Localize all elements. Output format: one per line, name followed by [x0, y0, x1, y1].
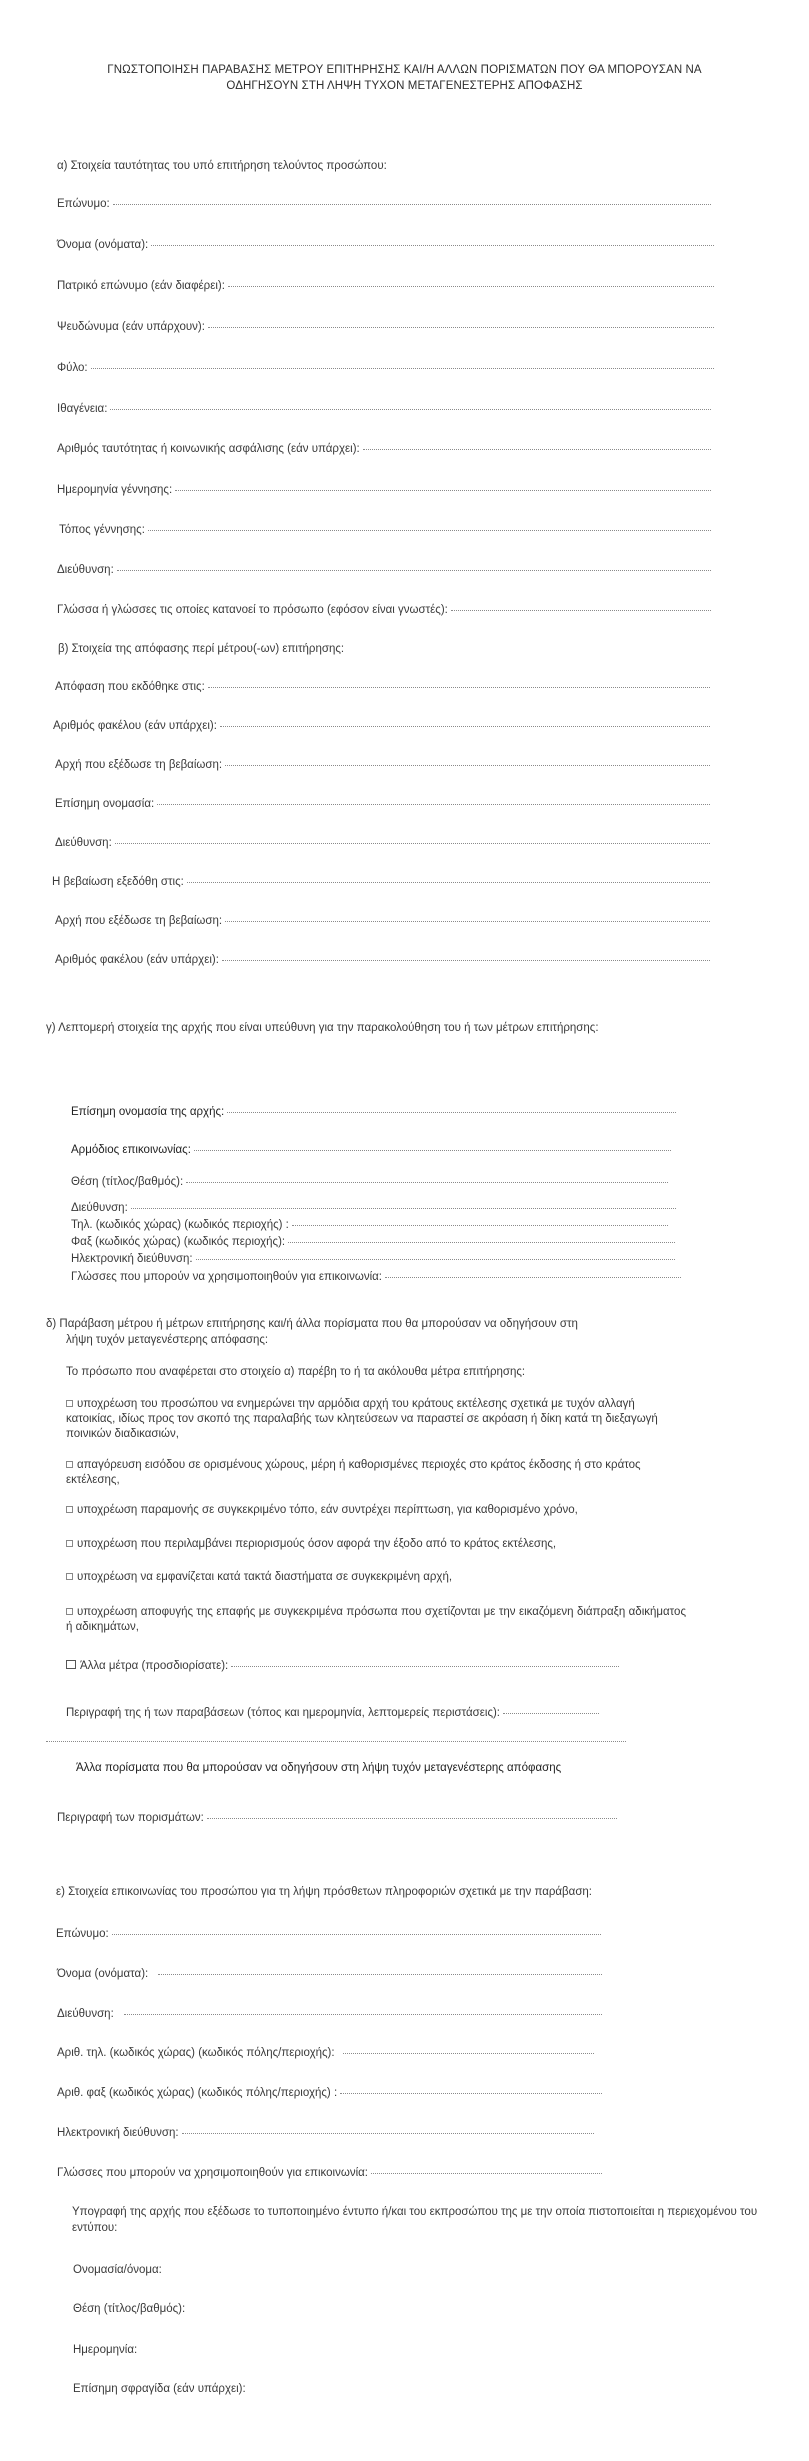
field-official-name[interactable]: Επίσημη ονομασία: [55, 798, 710, 810]
field-violations-description[interactable]: Περιγραφή της ή των παραβάσεων (τόπος κα… [66, 1707, 599, 1719]
field-label: Γλώσσες που μπορούν να χρησιμοποιηθούν γ… [57, 2167, 368, 2179]
fill-line [158, 1973, 602, 1975]
section-d-heading-line-2: λήψη τυχόν μεταγενέστερης απόφασης: [66, 1334, 268, 1346]
fill-line [182, 2132, 594, 2134]
fill-line [117, 569, 711, 571]
field-label: Φαξ (κωδικός χώρας) (κωδικός περιοχής): [71, 1236, 285, 1248]
field-label: Τόπος γέννησης: [59, 524, 145, 536]
field-label: Αριθμός φακέλου (εάν υπάρχει): [53, 720, 217, 732]
field-authority-address[interactable]: Διεύθυνση: [55, 837, 710, 849]
fill-line [148, 529, 711, 531]
measure-option-change-residence[interactable]: υποχρέωση του προσώπου να ενημερώνει την… [66, 1397, 686, 1442]
fill-line [157, 803, 710, 805]
measure-option-stay-place[interactable]: υποχρέωση παραμονής σε συγκεκριμένο τόπο… [66, 1503, 706, 1518]
section-c-heading: γ) Λεπτομερή στοιχεία της αρχής που είνα… [46, 1018, 686, 1039]
field-label: Φύλο: [57, 362, 88, 374]
measure-option-avoid-contact[interactable]: υποχρέωση αποφυγής της επαφής με συγκεκρ… [66, 1605, 686, 1635]
field-surname[interactable]: Επώνυμο: [57, 198, 711, 210]
field-position[interactable]: Θέση (τίτλος/βαθμός): [71, 1176, 668, 1188]
field-e-phone[interactable]: Αριθ. τηλ. (κωδικός χώρας) (κωδικός πόλη… [57, 2047, 594, 2059]
section-a-heading: α) Στοιχεία ταυτότητας του υπό επιτήρηση… [57, 160, 387, 172]
signature-position-label: Θέση (τίτλος/βαθμός): [73, 2303, 185, 2315]
measure-option-exit-restriction[interactable]: υποχρέωση που περιλαμβάνει περιορισμούς … [66, 1537, 706, 1552]
title-line-1: ΓΝΩΣΤΟΠΟΙΗΣΗ ΠΑΡΑΒΑΣΗΣ ΜΕΤΡΟΥ ΕΠΙΤΗΡΗΣΗΣ… [0, 62, 809, 78]
field-label: Πατρικό επώνυμο (εάν διαφέρει): [57, 280, 225, 292]
fill-line [225, 920, 710, 922]
fill-line[interactable] [46, 1740, 626, 1742]
field-nationality[interactable]: Ιθαγένεια: [57, 403, 711, 415]
field-birth-date[interactable]: Ημερομηνία γέννησης: [57, 484, 711, 496]
field-label: Αρχή που εξέδωσε τη βεβαίωση: [55, 915, 222, 927]
fill-line [186, 1181, 668, 1183]
field-decision-date[interactable]: Απόφαση που εκδόθηκε στις: [55, 681, 710, 693]
field-label: Ημερομηνία γέννησης: [57, 484, 172, 496]
fill-line [187, 881, 710, 883]
field-label: Επώνυμο: [57, 198, 110, 210]
field-label: Επίσημη ονομασία της αρχής: [71, 1106, 224, 1118]
measure-text: υποχρέωση να εμφανίζεται κατά τακτά διασ… [77, 1571, 452, 1583]
fill-line [222, 959, 710, 961]
signature-statement: Υπογραφή της αρχής που εξέδωσε το τυποπο… [72, 2204, 772, 2236]
field-label: Διεύθυνση: [71, 1202, 128, 1214]
signature-name-label: Ονομασία/όνομα: [73, 2264, 162, 2276]
fill-line [131, 1207, 676, 1209]
fill-line [371, 2172, 602, 2174]
fill-line [228, 285, 714, 287]
field-label: Περιγραφή των πορισμάτων: [57, 1812, 204, 1824]
field-file-number[interactable]: Αριθμός φακέλου (εάν υπάρχει): [53, 720, 710, 732]
fill-line [194, 1149, 671, 1151]
fill-line [110, 408, 711, 410]
fill-line [363, 448, 711, 450]
field-label: Αριθμός ταυτότητας ή κοινωνικής ασφάλιση… [57, 443, 360, 455]
fill-line [207, 1817, 617, 1819]
field-languages[interactable]: Γλώσσα ή γλώσσες τις οποίες κατανοεί το … [57, 604, 711, 616]
fill-line [292, 1224, 668, 1226]
document-title: ΓΝΩΣΤΟΠΟΙΗΣΗ ΠΑΡΑΒΑΣΗΣ ΜΕΤΡΟΥ ΕΠΙΤΗΡΗΣΗΣ… [0, 62, 809, 94]
field-label: Ηλεκτρονική διεύθυνση: [57, 2127, 179, 2139]
measure-text: υποχρέωση αποφυγής της επαφής με συγκεκρ… [66, 1606, 686, 1633]
measure-option-entry-ban[interactable]: απαγόρευση εισόδου σε ορισμένους χώρους,… [66, 1458, 686, 1488]
field-id-number[interactable]: Αριθμός ταυτότητας ή κοινωνικής ασφάλιση… [57, 443, 711, 455]
fill-line [124, 2013, 602, 2015]
field-label: Αρμόδιος επικοινωνίας: [71, 1144, 191, 1156]
fill-line [112, 1933, 601, 1935]
field-e-email[interactable]: Ηλεκτρονική διεύθυνση: [57, 2127, 594, 2139]
checkbox-icon[interactable] [66, 1573, 73, 1580]
field-label: Αριθ. φαξ (κωδικός χώρας) (κωδικός πόλης… [57, 2087, 337, 2099]
fill-line [340, 2092, 602, 2094]
measure-text: υποχρέωση του προσώπου να ενημερώνει την… [66, 1398, 658, 1440]
field-label: Τηλ. (κωδικός χώρας) (κωδικός περιοχής) … [71, 1219, 289, 1231]
fill-line [385, 1276, 681, 1278]
field-e-languages[interactable]: Γλώσσες που μπορούν να χρησιμοποιηθούν γ… [57, 2167, 602, 2179]
field-label: Ηλεκτρονική διεύθυνση: [71, 1253, 193, 1265]
field-label: Ψευδώνυμα (εάν υπάρχουν): [57, 321, 205, 333]
field-other-measures[interactable]: Άλλα μέτρα (προσδιορίσατε): [66, 1660, 619, 1672]
field-certificate-authority[interactable]: Αρχή που εξέδωσε τη βεβαίωση: [55, 915, 710, 927]
field-c-fax[interactable]: Φαξ (κωδικός χώρας) (κωδικός περιοχής): [71, 1236, 675, 1248]
field-label: Περιγραφή της ή των παραβάσεων (τόπος κα… [66, 1707, 500, 1719]
field-label: Απόφαση που εκδόθηκε στις: [55, 681, 205, 693]
section-e-heading: ε) Στοιχεία επικοινωνίας του προσώπου γι… [56, 1886, 592, 1898]
field-label: Άλλα μέτρα (προσδιορίσατε): [80, 1660, 228, 1672]
field-c-email[interactable]: Ηλεκτρονική διεύθυνση: [71, 1253, 675, 1265]
fill-line [343, 2052, 594, 2054]
fill-line [231, 1665, 619, 1667]
section-d-heading-line-1: δ) Παράβαση μέτρου ή μέτρων επιτήρησης κ… [46, 1318, 578, 1330]
field-label: Όνομα (ονόματα): [57, 1968, 148, 1980]
field-first-names[interactable]: Όνομα (ονόματα): [57, 239, 714, 251]
fill-line [503, 1712, 599, 1714]
section-b-heading: β) Στοιχεία της απόφασης περί μέτρου(-ων… [58, 643, 344, 655]
fill-line [208, 326, 714, 328]
checkbox-icon[interactable] [66, 1660, 76, 1669]
field-address[interactable]: Διεύθυνση: [57, 564, 711, 576]
field-label: Η βεβαίωση εξεδόθη στις: [52, 876, 184, 888]
field-issuing-authority[interactable]: Αρχή που εξέδωσε τη βεβαίωση: [55, 759, 710, 771]
measure-option-report-authority[interactable]: υποχρέωση να εμφανίζεται κατά τακτά διασ… [66, 1570, 706, 1585]
measures-intro: Το πρόσωπο που αναφέρεται στο στοιχείο α… [66, 1366, 525, 1378]
field-label: Διεύθυνση: [57, 2008, 114, 2020]
field-e-fax[interactable]: Αριθ. φαξ (κωδικός χώρας) (κωδικός πόλης… [57, 2087, 602, 2099]
fill-line [175, 489, 711, 491]
field-label: Διεύθυνση: [57, 564, 114, 576]
fill-line [220, 725, 710, 727]
field-label: Θέση (τίτλος/βαθμός): [71, 1176, 183, 1188]
checkbox-icon[interactable] [66, 1461, 73, 1468]
field-label: Αρχή που εξέδωσε τη βεβαίωση: [55, 759, 222, 771]
fill-line [151, 244, 714, 246]
signature-seal-label: Επίσημη σφραγίδα (εάν υπάρχει): [73, 2383, 246, 2395]
field-c-languages[interactable]: Γλώσσες που μπορούν να χρησιμοποιηθούν γ… [71, 1271, 681, 1283]
fill-line [227, 1111, 676, 1113]
signature-date-label: Ημερομηνία: [73, 2344, 137, 2356]
field-certificate-date[interactable]: Η βεβαίωση εξεδόθη στις: [52, 876, 710, 888]
fill-line [451, 609, 711, 611]
field-c-address[interactable]: Διεύθυνση: [71, 1202, 676, 1214]
fill-line [208, 686, 710, 688]
field-sex[interactable]: Φύλο: [57, 362, 714, 374]
field-birth-place[interactable]: Τόπος γέννησης: [59, 524, 711, 536]
field-label: Αριθ. τηλ. (κωδικός χώρας) (κωδικός πόλη… [57, 2047, 335, 2059]
field-label: Διεύθυνση: [55, 837, 112, 849]
field-e-first-names[interactable]: Όνομα (ονόματα): [57, 1968, 602, 1980]
checkbox-icon[interactable] [66, 1608, 73, 1615]
field-label: Γλώσσα ή γλώσσες τις οποίες κατανοεί το … [57, 604, 448, 616]
fill-line [225, 764, 710, 766]
field-e-address[interactable]: Διεύθυνση: [57, 2008, 602, 2020]
fill-line [196, 1258, 675, 1260]
field-c-phone[interactable]: Τηλ. (κωδικός χώρας) (κωδικός περιοχής) … [71, 1219, 668, 1231]
field-label: Επώνυμο: [56, 1928, 109, 1940]
field-authority-official-name[interactable]: Επίσημη ονομασία της αρχής: [71, 1106, 676, 1118]
title-line-2: ΟΔΗΓΗΣΟΥΝ ΣΤΗ ΛΗΨΗ ΤΥΧΟΝ ΜΕΤΑΓΕΝΕΣΤΕΡΗΣ … [0, 78, 809, 94]
field-pseudonyms[interactable]: Ψευδώνυμα (εάν υπάρχουν): [57, 321, 714, 333]
measure-text: απαγόρευση εισόδου σε ορισμένους χώρους,… [66, 1459, 641, 1486]
field-label: Αριθμός φακέλου (εάν υπάρχει): [55, 954, 219, 966]
checkbox-icon[interactable] [66, 1400, 73, 1407]
field-e-surname[interactable]: Επώνυμο: [56, 1928, 601, 1940]
measure-text: υποχρέωση που περιλαμβάνει περιορισμούς … [77, 1538, 556, 1550]
measure-text: υποχρέωση παραμονής σε συγκεκριμένο τόπο… [77, 1504, 578, 1516]
field-certificate-file-number[interactable]: Αριθμός φακέλου (εάν υπάρχει): [55, 954, 710, 966]
field-label: Ιθαγένεια: [57, 403, 107, 415]
field-label: Όνομα (ονόματα): [57, 239, 148, 251]
field-label: Επίσημη ονομασία: [55, 798, 154, 810]
fill-line [288, 1241, 675, 1243]
field-findings-description[interactable]: Περιγραφή των πορισμάτων: [57, 1812, 617, 1824]
other-findings-heading: Άλλα πορίσματα που θα μπορούσαν να οδηγή… [76, 1762, 561, 1774]
field-contact-person[interactable]: Αρμόδιος επικοινωνίας: [71, 1144, 671, 1156]
checkbox-icon[interactable] [66, 1506, 73, 1513]
field-father-surname[interactable]: Πατρικό επώνυμο (εάν διαφέρει): [57, 280, 714, 292]
field-label: Γλώσσες που μπορούν να χρησιμοποιηθούν γ… [71, 1271, 382, 1283]
checkbox-icon[interactable] [66, 1540, 73, 1547]
fill-line [115, 842, 710, 844]
fill-line [113, 203, 711, 205]
fill-line [91, 367, 714, 369]
